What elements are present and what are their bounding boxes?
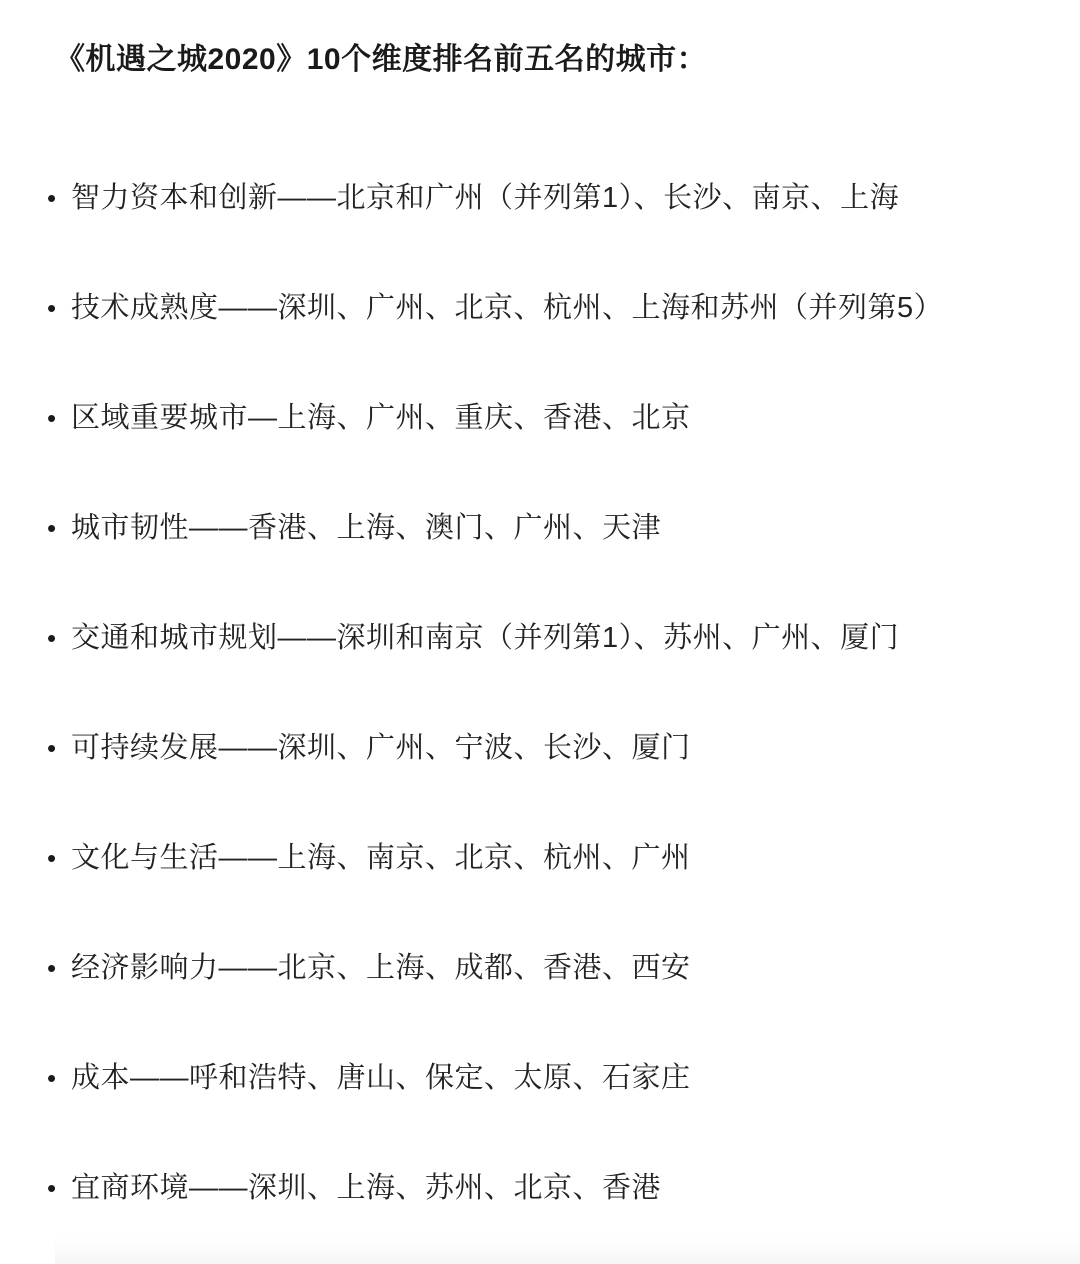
list-item: • 城市韧性——香港、上海、澳门、广州、天津 [55, 510, 1040, 546]
list-item: • 可持续发展——深圳、广州、宁波、长沙、厦门 [55, 730, 1040, 766]
bullet-icon: • [47, 840, 71, 876]
list-item: • 区域重要城市—上海、广州、重庆、香港、北京 [55, 400, 1040, 436]
page-title: 《机遇之城2020》10个维度排名前五名的城市： [55, 42, 1040, 78]
bullet-icon: • [47, 620, 71, 656]
list-item: • 成本——呼和浩特、唐山、保定、太原、石家庄 [55, 1060, 1040, 1096]
bullet-icon: • [47, 730, 71, 766]
list-item: • 宜商环境——深圳、上海、苏州、北京、香港 [55, 1170, 1040, 1206]
bullet-icon: • [47, 400, 71, 436]
dimension-list: • 智力资本和创新——北京和广州（并列第1）、长沙、南京、上海 • 技术成熟度—… [55, 180, 1040, 1206]
list-item: • 智力资本和创新——北京和广州（并列第1）、长沙、南京、上海 [55, 180, 1040, 216]
bullet-icon: • [47, 510, 71, 546]
list-item-text: 成本——呼和浩特、唐山、保定、太原、石家庄 [71, 1060, 691, 1096]
list-item-text: 区域重要城市—上海、广州、重庆、香港、北京 [71, 400, 691, 436]
list-item: • 交通和城市规划——深圳和南京（并列第1）、苏州、广州、厦门 [55, 620, 1040, 656]
list-item-text: 智力资本和创新——北京和广州（并列第1）、长沙、南京、上海 [71, 180, 899, 216]
list-item-text: 宜商环境——深圳、上海、苏州、北京、香港 [71, 1170, 661, 1206]
list-item-text: 可持续发展——深圳、广州、宁波、长沙、厦门 [71, 730, 691, 766]
document-body: 《机遇之城2020》10个维度排名前五名的城市： • 智力资本和创新——北京和广… [0, 0, 1080, 1264]
list-item-text: 城市韧性——香港、上海、澳门、广州、天津 [71, 510, 661, 546]
list-item-text: 经济影响力——北京、上海、成都、香港、西安 [71, 950, 691, 986]
list-item: • 文化与生活——上海、南京、北京、杭州、广州 [55, 840, 1040, 876]
bullet-icon: • [47, 180, 71, 216]
list-item-text: 技术成熟度——深圳、广州、北京、杭州、上海和苏州（并列第5） [71, 290, 943, 326]
bullet-icon: • [47, 950, 71, 986]
bullet-icon: • [47, 1060, 71, 1096]
list-item: • 技术成熟度——深圳、广州、北京、杭州、上海和苏州（并列第5） [55, 290, 1040, 326]
list-item: • 经济影响力——北京、上海、成都、香港、西安 [55, 950, 1040, 986]
bullet-icon: • [47, 1170, 71, 1206]
bullet-icon: • [47, 290, 71, 326]
bottom-fade [55, 1236, 1080, 1264]
list-item-text: 文化与生活——上海、南京、北京、杭州、广州 [71, 840, 691, 876]
list-item-text: 交通和城市规划——深圳和南京（并列第1）、苏州、广州、厦门 [71, 620, 899, 656]
